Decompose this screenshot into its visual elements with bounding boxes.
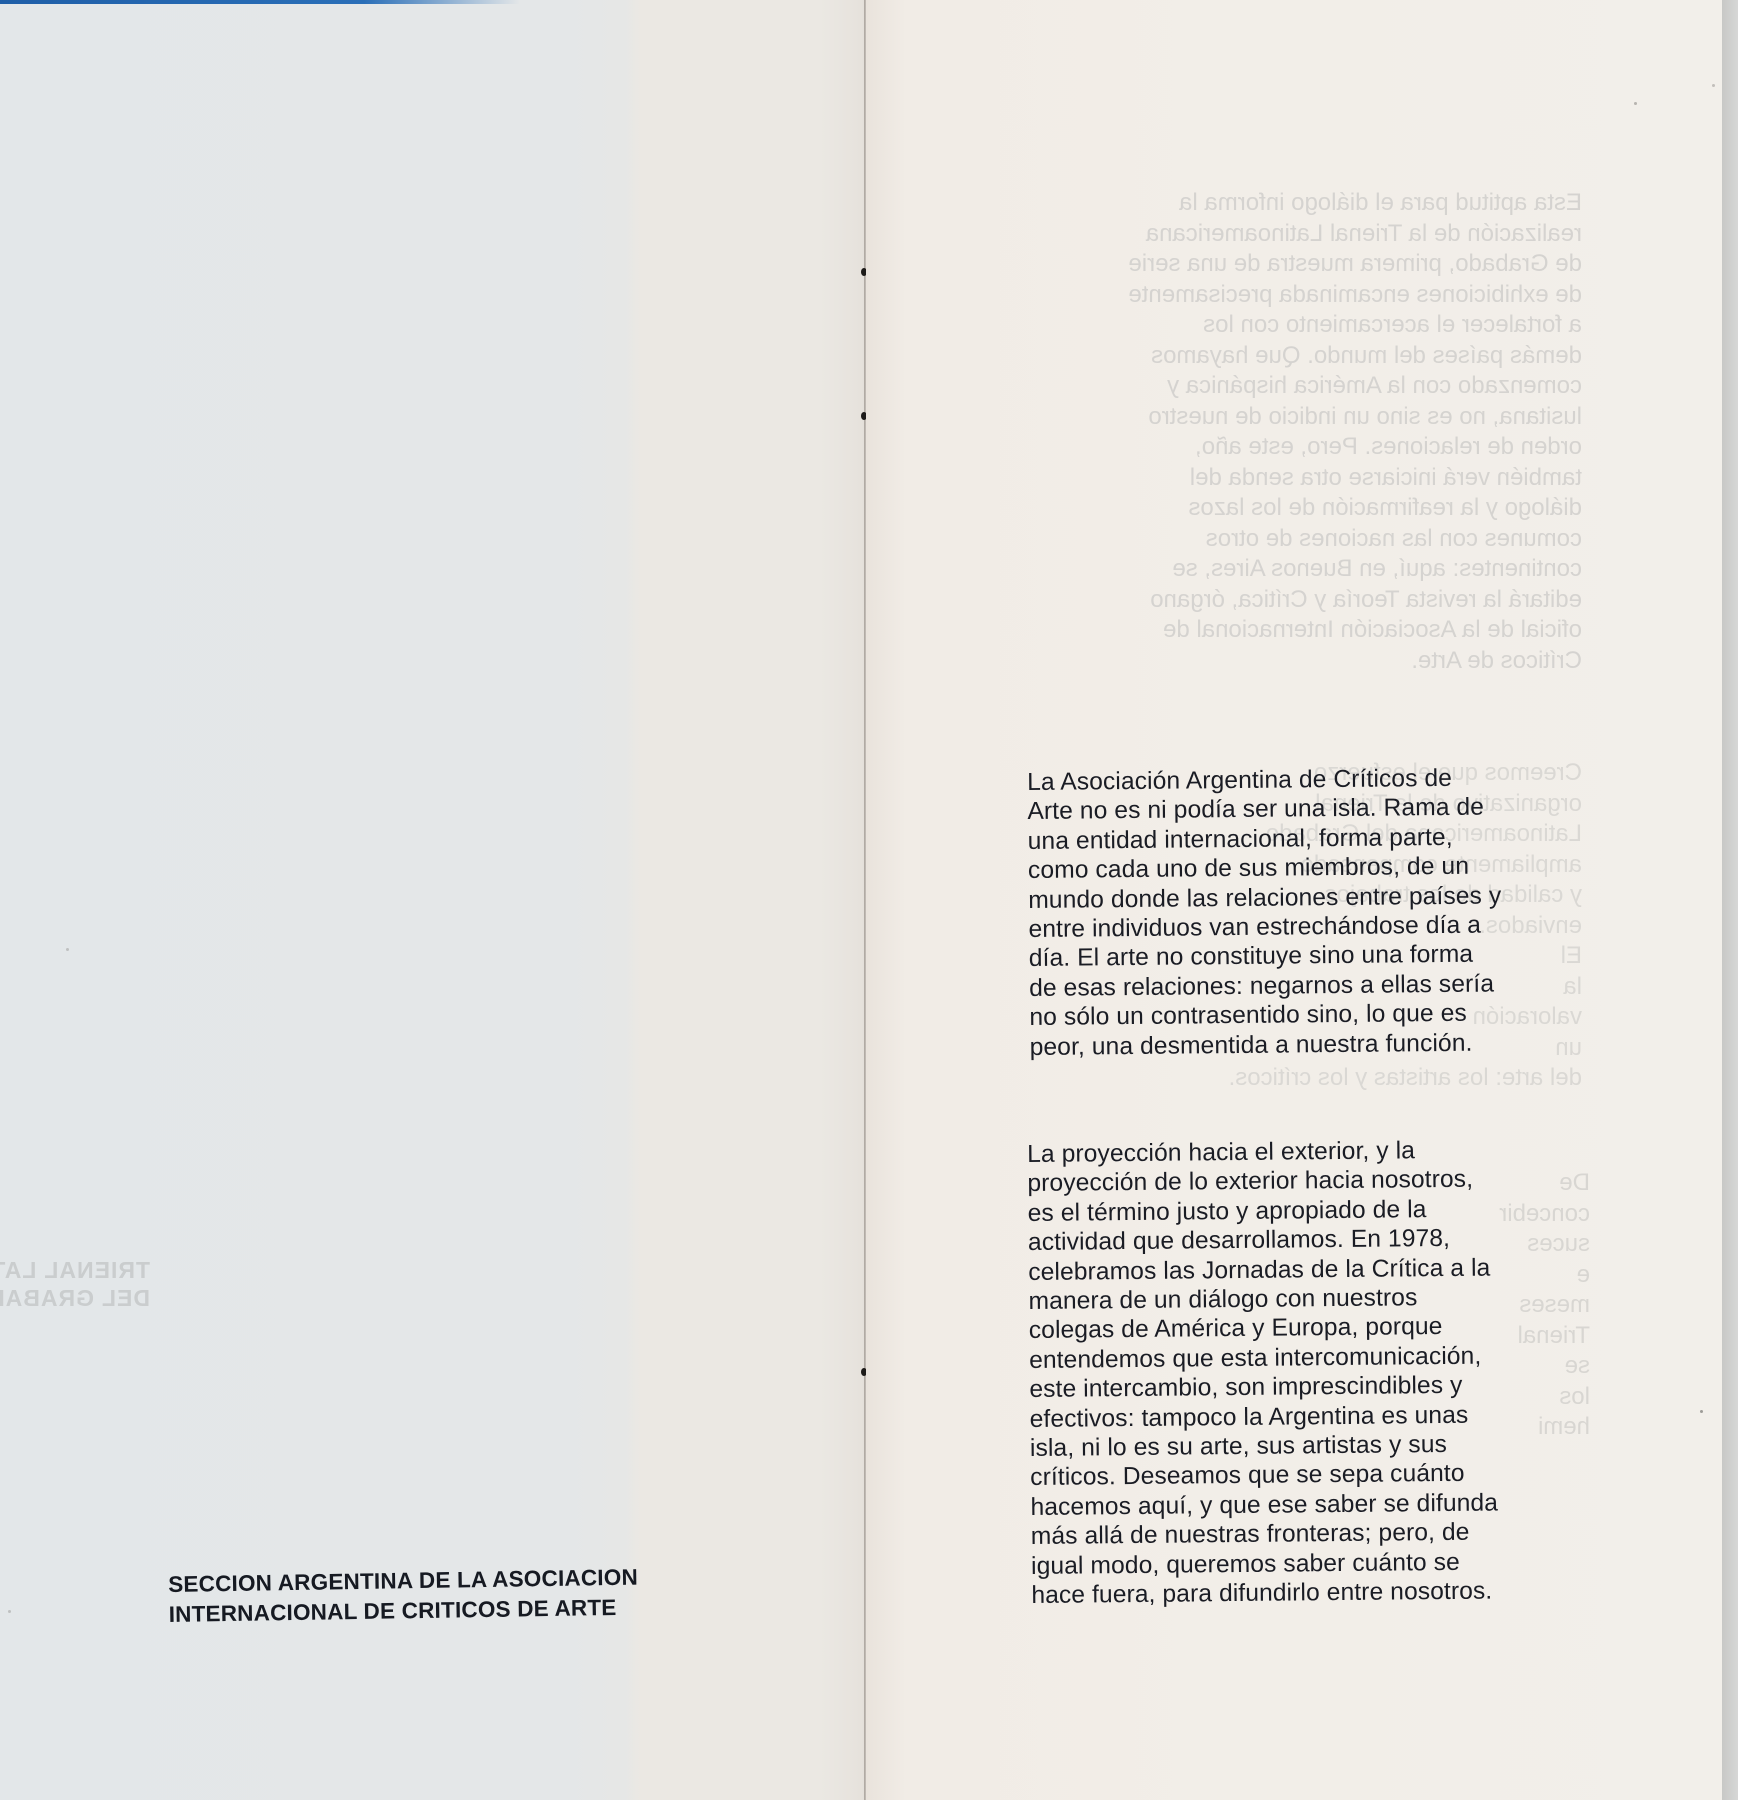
paragraph-2: La proyección hacia el exterior, y la pr…: [1027, 1134, 1611, 1610]
cover-edge-strip: [0, 0, 520, 4]
show-through-line: DEL GRABADO: [0, 1284, 150, 1312]
scan-speck: [1634, 102, 1637, 105]
scan-speck: [8, 1610, 11, 1613]
paragraph-1: La Asociación Argentina de Críticos de A…: [1027, 762, 1610, 1062]
text-line: hace fuera, para difundirlo entre nosotr…: [1031, 1576, 1611, 1611]
scan-speck: [1712, 84, 1715, 87]
left-page: TRIENAL LATINOAMERICANA DEL GRABADO SECC…: [0, 0, 870, 1800]
scanned-book-spread: TRIENAL LATINOAMERICANA DEL GRABADO SECC…: [0, 0, 1738, 1800]
show-through-line: TRIENAL LATINOAMERICANA: [0, 1256, 150, 1284]
scan-speck: [66, 948, 69, 951]
page-edge: [1722, 0, 1738, 1800]
publisher-imprint: SECCION ARGENTINA DE LA ASOCIACION INTER…: [168, 1561, 729, 1630]
show-through-text-top: Esta aptitud para el diálogo informa la …: [1010, 188, 1582, 676]
show-through-title: TRIENAL LATINOAMERICANA DEL GRABADO: [0, 1256, 150, 1312]
scan-speck: [1700, 1410, 1703, 1413]
text-line: peor, una desmentida a nuestra función.: [1030, 1027, 1610, 1062]
